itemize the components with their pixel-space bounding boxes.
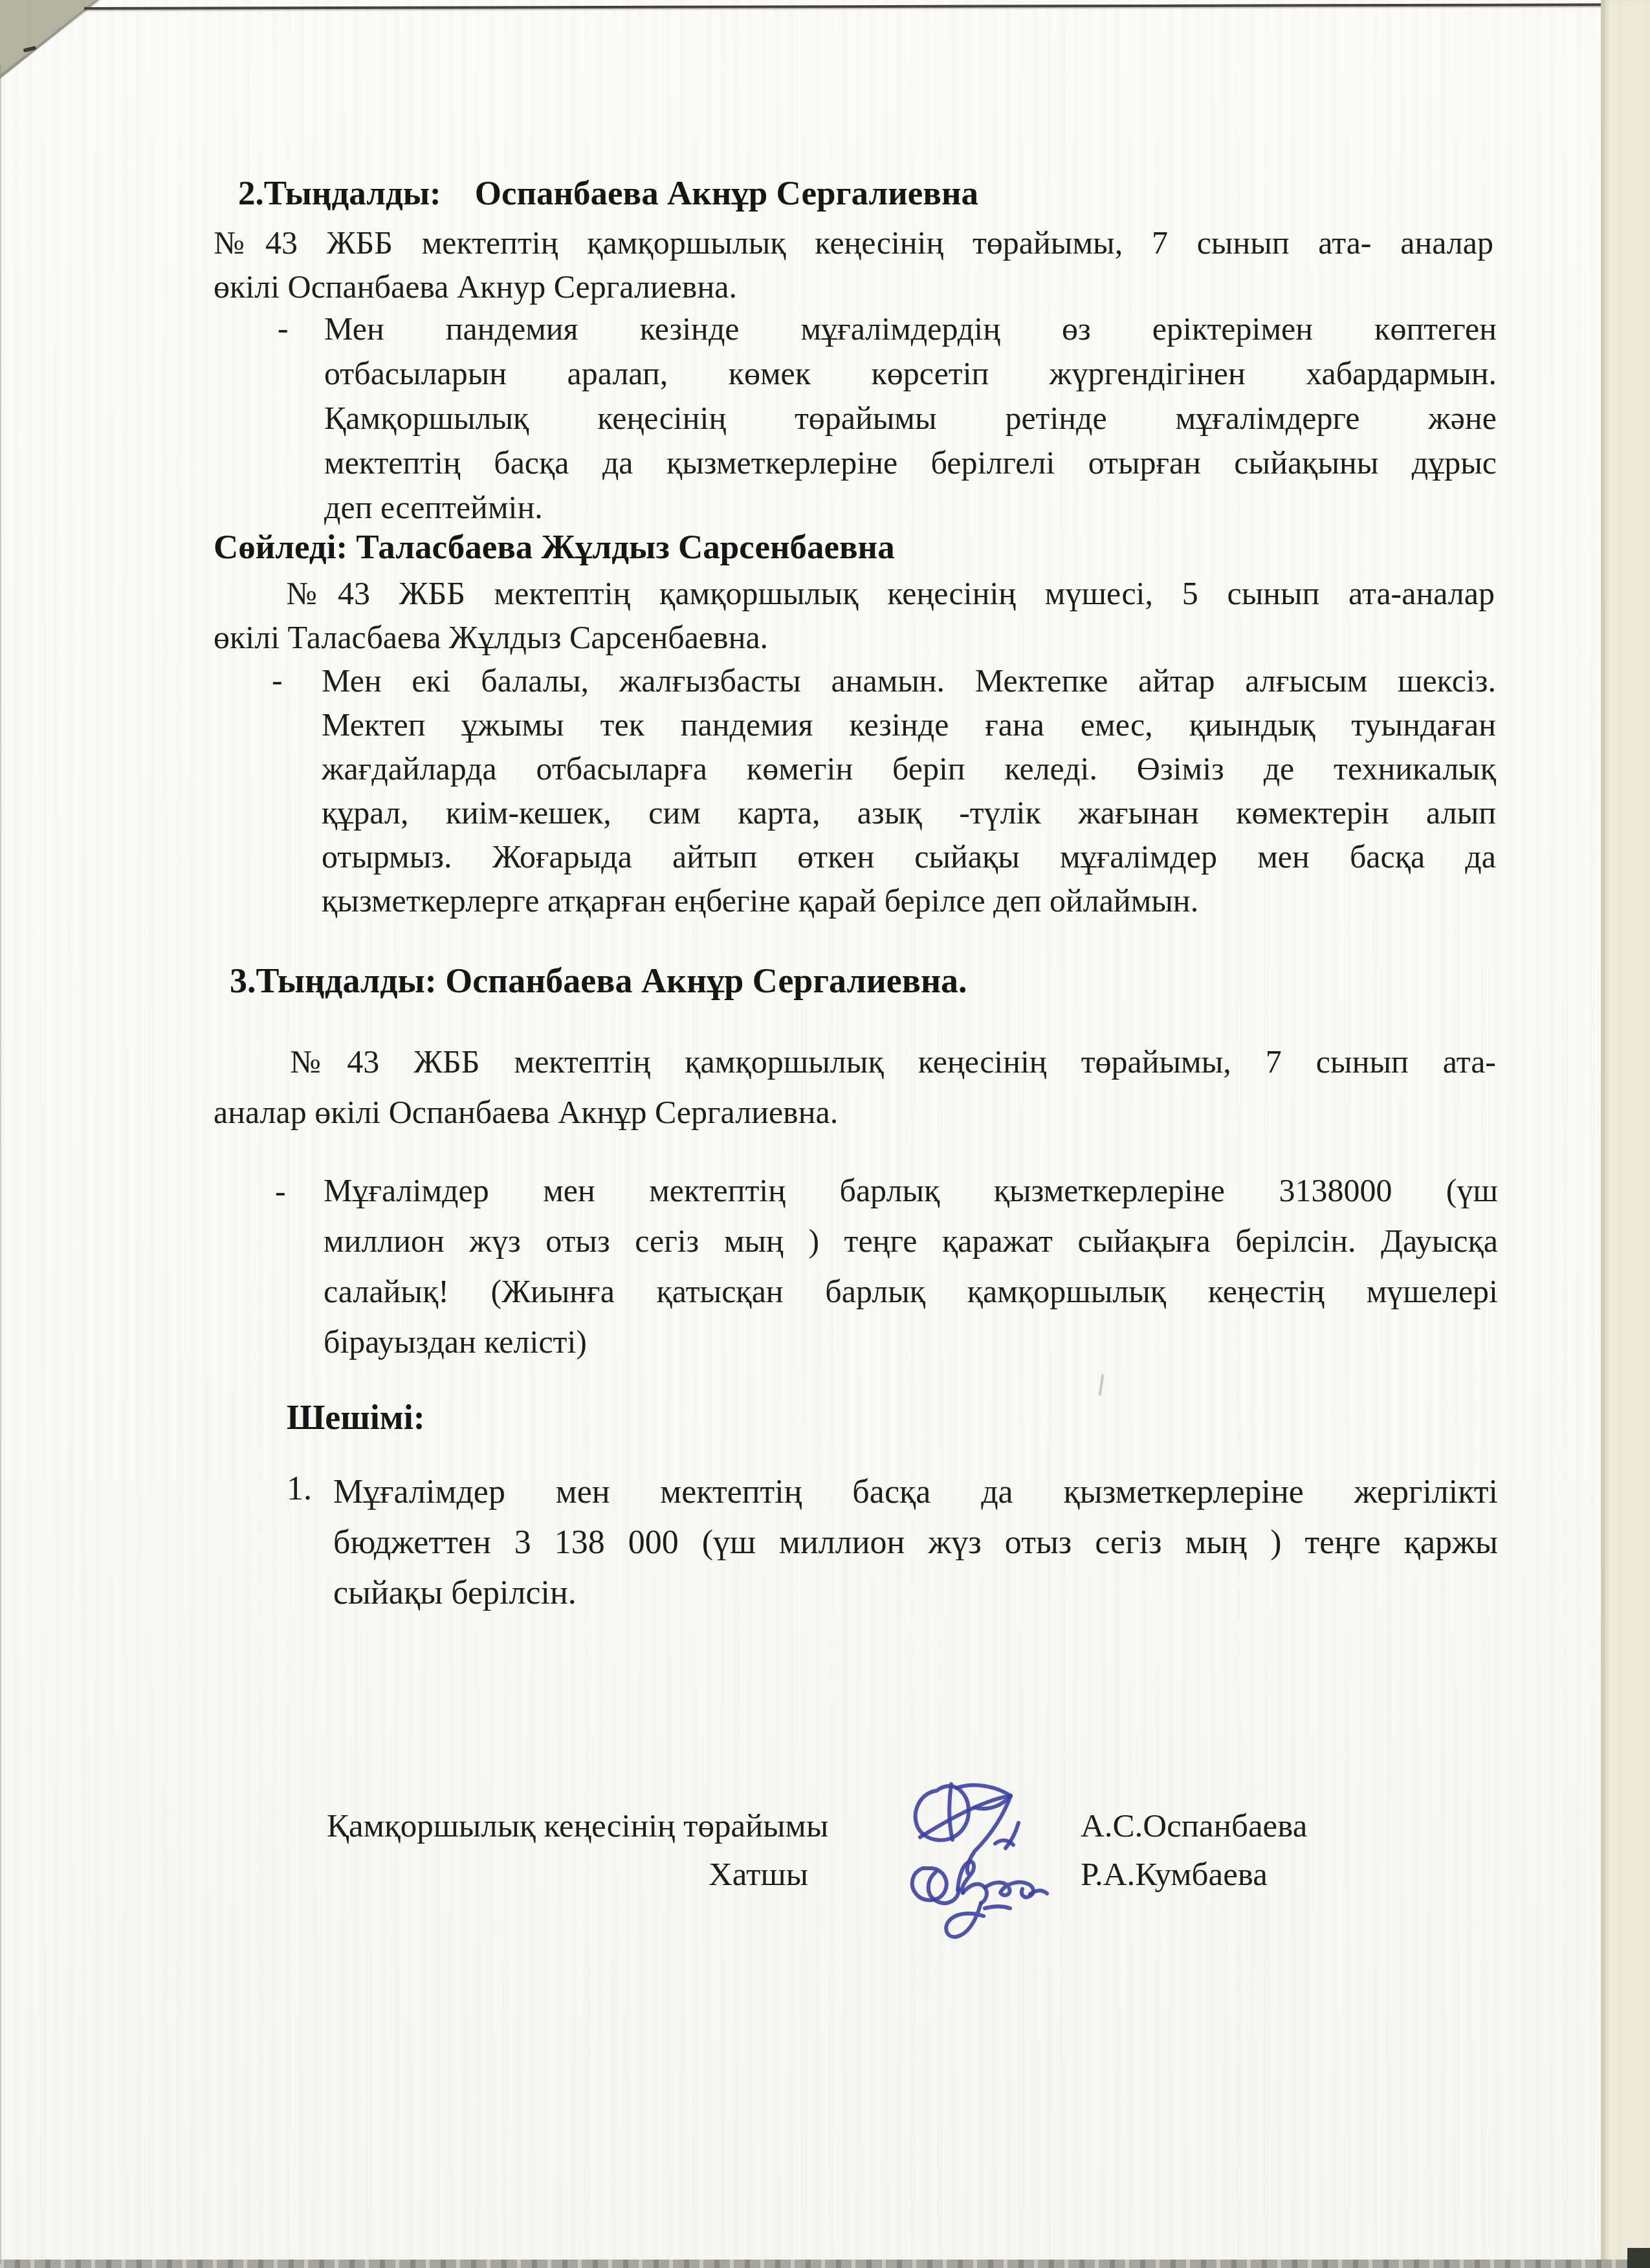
item2-speech-paragraph: Мен пандемия кезінде мұғалімдердің өз ер… [324, 307, 1497, 530]
text-line: отбасыларын аралап, көмек көрсетіп жүрге… [324, 351, 1497, 396]
text-line: мектептің басқа да қызметкерлеріне беріл… [324, 441, 1497, 485]
text-line: өкілі Таласбаева Жұлдыз Сарсенбаевна. [214, 615, 1495, 659]
signature-role-chairperson: Қамқоршылық кеңесінің төрайымы [327, 1807, 828, 1845]
text-line: аналар өкілі Оспанбаева Акнұр Сергалиевн… [214, 1087, 1496, 1137]
signature-name-secretary: Р.А.Кумбаева [1081, 1856, 1268, 1893]
text-line: Мұғалімдер мен мектептің басқа да қызмет… [333, 1467, 1498, 1518]
item3-speech-paragraph: Мұғалімдер мен мектептің барлық қызметке… [324, 1165, 1498, 1367]
spoke-heading: Сөйледі: Таласбаева Жұлдыз Сарсенбаевна [214, 528, 895, 567]
text-line: бюджеттен 3 138 000 (үш миллион жүз отыз… [333, 1518, 1498, 1568]
decision-heading: Шешімі: [287, 1397, 425, 1437]
text-line: қызметкерлерге атқарған еңбегіне қарай б… [322, 878, 1496, 922]
text-line: құрал, киім-кешек, сим карта, азық -түлі… [322, 791, 1496, 834]
underlying-sheet-strip [1601, 0, 1650, 2268]
text-line: салайық! (Жиынға қатысқан барлық қамқорш… [324, 1266, 1498, 1316]
bullet-dash: - [275, 1172, 286, 1210]
text-line: Мұғалімдер мен мектептің барлық қызметке… [324, 1165, 1498, 1216]
signature-chairperson-icon [916, 1784, 1018, 1873]
page-top-edge-line [84, 3, 1650, 10]
decision-item-number: 1. [287, 1470, 312, 1508]
item2-intro-paragraph: №43 ЖББ мектептің қамқоршылық кеңесінің … [214, 221, 1493, 309]
signature-role-secretary: Хатшы [709, 1856, 808, 1893]
scanned-document-page: 2.Тыңдалды:Оспанбаева Акнұр Сергалиевна … [0, 0, 1650, 2268]
bullet-dash: - [272, 661, 283, 699]
scan-left-edge-line [0, 65, 1, 2264]
item2-heading-person: Оспанбаева Акнұр Сергалиевна [475, 175, 978, 212]
item2-heading-label: 2.Тыңдалды: [238, 175, 441, 212]
decision-paragraph: Мұғалімдер мен мектептің басқа да қызмет… [333, 1467, 1498, 1619]
scan-bottom-edge [0, 2260, 1650, 2268]
spoke-speech-paragraph: Мен екі балалы, жалғызбасты анамын. Мект… [322, 659, 1496, 922]
signature-name-chairperson: А.С.Оспанбаева [1081, 1807, 1307, 1845]
item3-heading: 3.Тыңдалды: Оспанбаева Акнұр Сергалиевна… [230, 961, 967, 1001]
text-line: сыйақы берілсін. [333, 1568, 1498, 1619]
text-line: Мен пандемия кезінде мұғалімдердің өз ер… [324, 307, 1497, 351]
text-line: №43 ЖББ мектептің қамқоршылық кеңесінің … [214, 571, 1495, 615]
faint-pencil-mark [1099, 1374, 1105, 1396]
signature-secretary-icon [912, 1862, 1047, 1937]
text-line: №43 ЖББ мектептің қамқоршылық кеңесінің … [214, 1036, 1496, 1087]
spoke-intro-paragraph: №43 ЖББ мектептің қамқоршылық кеңесінің … [214, 571, 1495, 659]
text-line: Мектеп ұжымы тек пандемия кезінде ғана е… [322, 703, 1496, 747]
item3-intro-paragraph: №43 ЖББ мектептің қамқоршылық кеңесінің … [214, 1036, 1496, 1137]
bullet-dash: - [278, 309, 289, 347]
text-line: деп есептеймін. [324, 485, 1497, 530]
text-line: отырмыз. Жоғарыда айтып өткен сыйақы мұғ… [322, 834, 1496, 878]
text-line: миллион жүз отыз сегіз мың ) теңге қараж… [324, 1216, 1498, 1266]
text-line: жағдайларда отбасыларға көмегін беріп ке… [322, 747, 1496, 791]
scan-corner-artifact [1627, 2248, 1650, 2268]
item2-heading: 2.Тыңдалды:Оспанбаева Акнұр Сергалиевна [238, 174, 978, 213]
text-line: бірауыздан келісті) [324, 1316, 1498, 1367]
text-line: өкілі Оспанбаева Акнур Сергалиевна. [214, 265, 1493, 309]
text-line: Қамқоршылық кеңесінің төрайымы ретінде м… [324, 396, 1497, 441]
text-line: №43 ЖББ мектептің қамқоршылық кеңесінің … [214, 221, 1493, 265]
text-line: Мен екі балалы, жалғызбасты анамын. Мект… [322, 659, 1496, 703]
